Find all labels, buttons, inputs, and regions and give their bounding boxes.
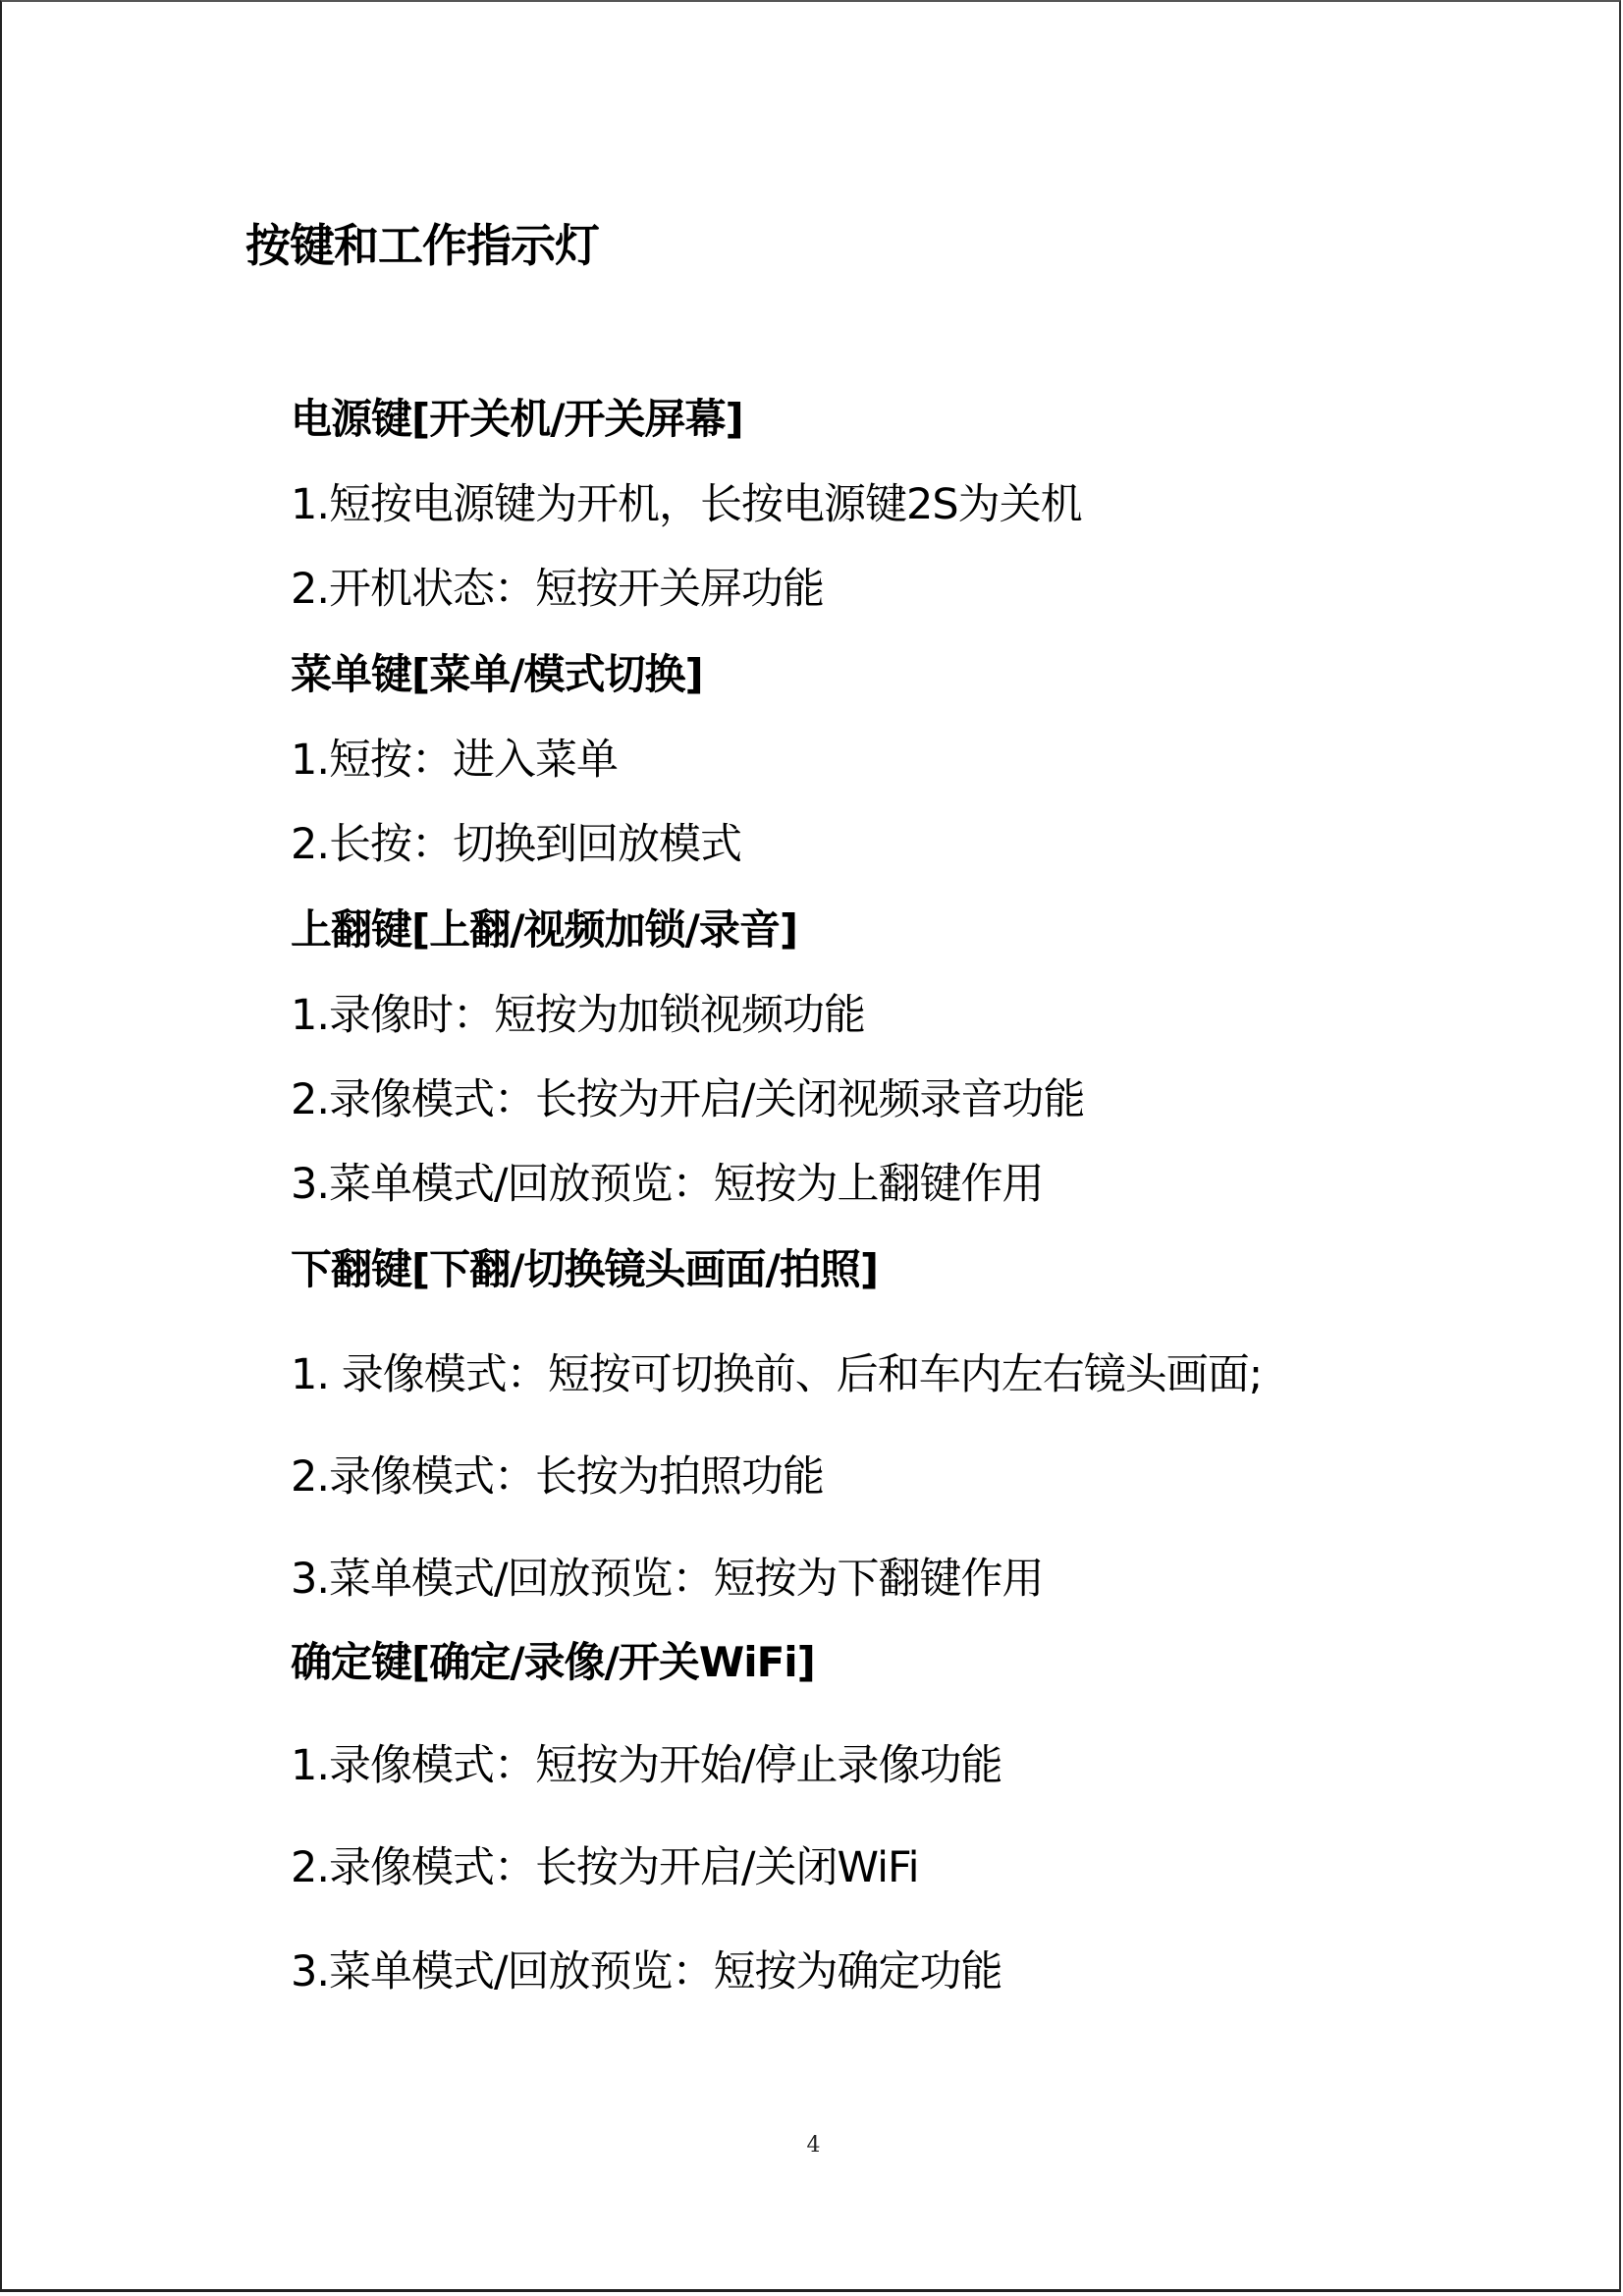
section-heading-ok-key: 确定键[确定/录像/开关WiFi] [291, 1630, 815, 1689]
list-item: 1.短按：进入菜单 [291, 727, 618, 787]
page-number: 4 [2, 2133, 1623, 2158]
list-item: 1. 录像模式：短按可切换前、后和车内左右镜头画面; [291, 1341, 1262, 1401]
list-item: 2.开机状态：短按开关屏功能 [291, 556, 824, 616]
list-item: 3.菜单模式/回放预览：短按为上翻键作用 [291, 1151, 1044, 1211]
list-item: 2.长按：切换到回放模式 [291, 811, 741, 871]
list-item: 1.录像模式：短按为开始/停止录像功能 [291, 1732, 1002, 1792]
list-item: 2.录像模式：长按为开启/关闭WiFi [291, 1834, 919, 1894]
list-item: 2.录像模式：长按为开启/关闭视频录音功能 [291, 1066, 1085, 1126]
section-heading-up-key: 上翻键[上翻/视频加锁/录音] [291, 898, 797, 957]
list-item: 2.录像模式：长按为拍照功能 [291, 1444, 824, 1503]
list-item: 3.菜单模式/回放预览：短按为下翻键作用 [291, 1546, 1044, 1606]
section-heading-power-key: 电源键[开关机/开关屏幕] [291, 387, 743, 446]
list-item: 1.录像时：短按为加锁视频功能 [291, 982, 865, 1042]
list-item: 1.短按电源键为开机，长按电源键2S为关机 [291, 471, 1082, 531]
document-page: 按键和工作指示灯 电源键[开关机/开关屏幕] 1.短按电源键为开机，长按电源键2… [0, 0, 1621, 2292]
section-heading-down-key: 下翻键[下翻/切换镜头画面/拍照] [291, 1237, 878, 1296]
page-title: 按键和工作指示灯 [245, 210, 599, 275]
section-heading-menu-key: 菜单键[菜单/模式切换] [291, 642, 703, 701]
list-item: 3.菜单模式/回放预览：短按为确定功能 [291, 1939, 1002, 1998]
